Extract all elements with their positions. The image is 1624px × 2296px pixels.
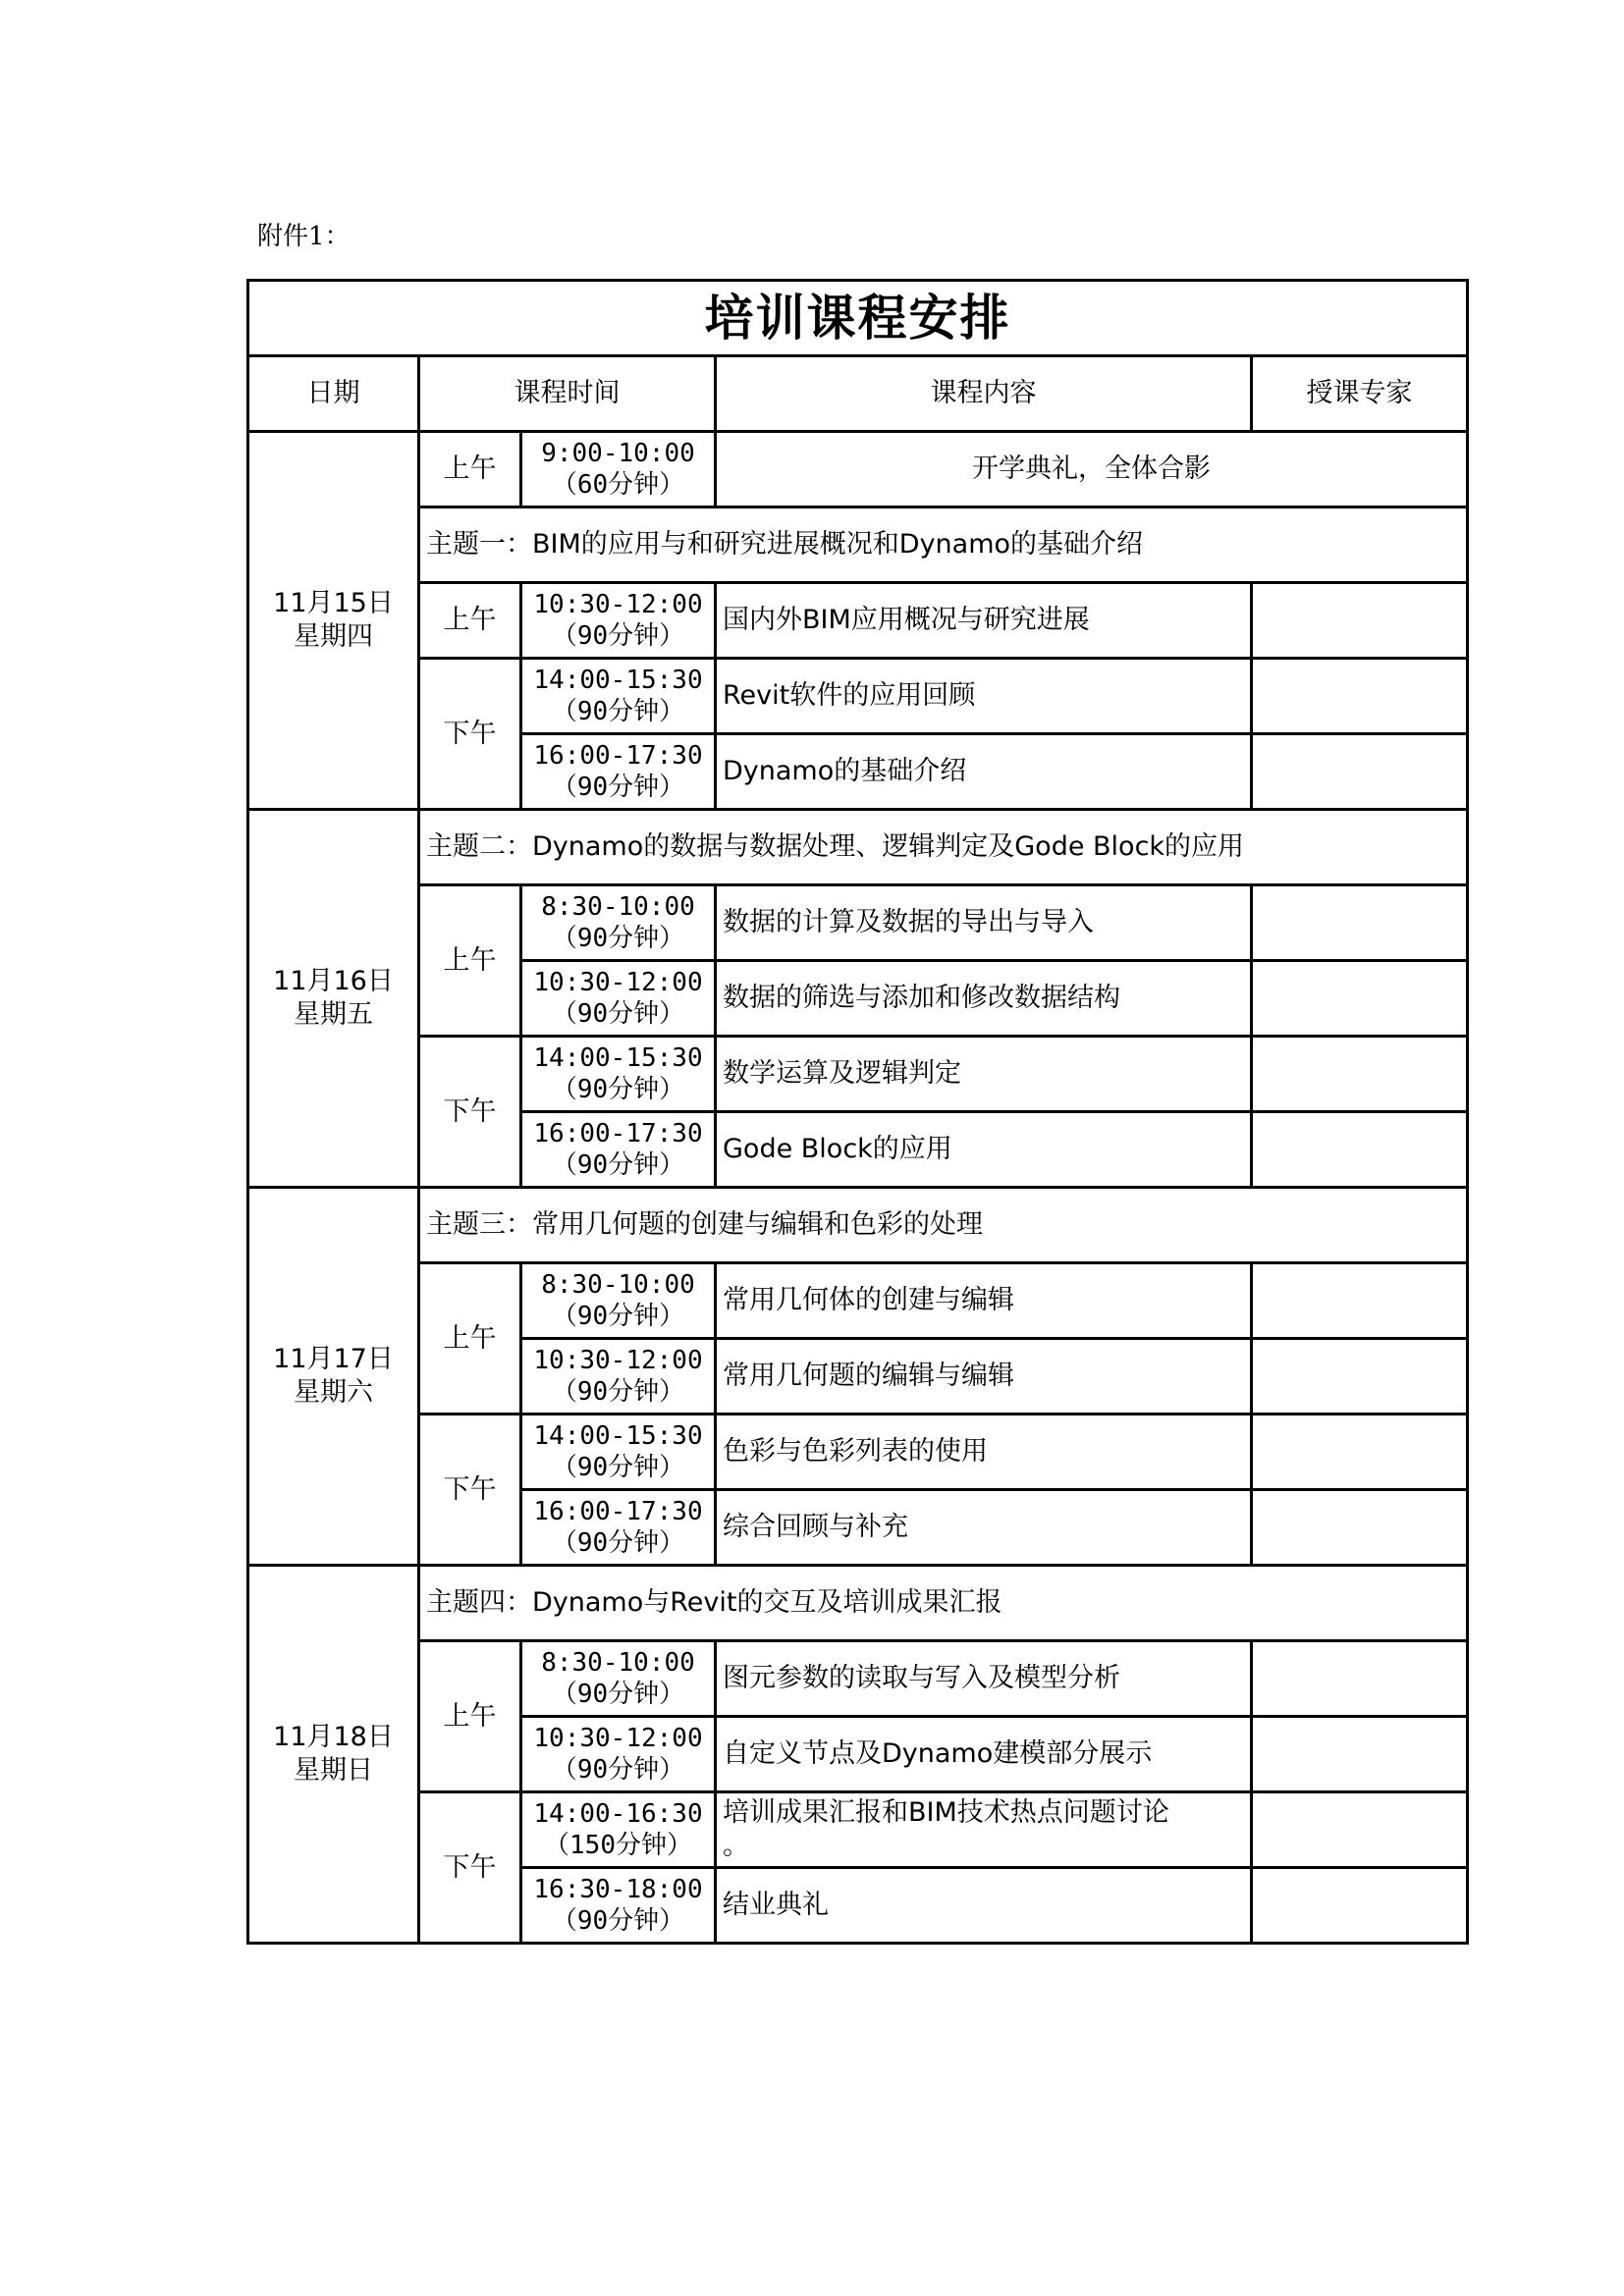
time-range: 10:30-12:00 <box>522 1345 714 1376</box>
content-cell: Revit软件的应用回顾 <box>716 659 1252 734</box>
time-cell: 16:00-17:30 （90分钟） <box>521 734 716 810</box>
content-cell: 数据的计算及数据的导出与导入 <box>716 885 1252 961</box>
content-cell: 数学运算及逻辑判定 <box>716 1037 1252 1112</box>
duration: （90分钟） <box>522 1905 714 1937</box>
theme-cell: 主题四：Dynamo与Revit的交互及培训成果汇报 <box>419 1566 1468 1641</box>
time-range: 10:30-12:00 <box>522 589 714 620</box>
duration: （90分钟） <box>522 1149 714 1181</box>
content-cell: Gode Block的应用 <box>716 1112 1252 1188</box>
expert-cell <box>1252 1641 1468 1717</box>
theme-row: 主题一：BIM的应用与和研究进展概况和Dynamo的基础介绍 <box>248 507 1468 583</box>
schedule-table: 培训课程安排 日期 课程时间 课程内容 授课专家 11月15日 星期四 上午 9… <box>246 279 1469 1945</box>
table-row: 上午 8:30-10:00 （90分钟） 数据的计算及数据的导出与导入 <box>248 885 1468 961</box>
time-cell: 10:30-12:00 （90分钟） <box>521 1339 716 1415</box>
table-title: 培训课程安排 <box>248 281 1468 356</box>
time-cell: 16:30-18:00 （90分钟） <box>521 1868 716 1944</box>
time-cell: 16:00-17:30 （90分钟） <box>521 1112 716 1188</box>
time-range: 16:30-18:00 <box>522 1874 714 1905</box>
date-cell: 11月18日 星期日 <box>248 1566 419 1944</box>
duration: （90分钟） <box>522 772 714 803</box>
theme-cell: 主题一：BIM的应用与和研究进展概况和Dynamo的基础介绍 <box>419 507 1468 583</box>
period-cell: 下午 <box>419 1792 521 1944</box>
weekday-text: 星期五 <box>249 998 417 1032</box>
duration: （60分钟） <box>522 469 714 501</box>
date-text: 11月18日 <box>249 1721 417 1754</box>
period-cell: 上午 <box>419 583 521 659</box>
weekday-text: 星期四 <box>249 620 417 654</box>
time-cell: 14:00-15:30 （90分钟） <box>521 659 716 734</box>
theme-cell: 主题二：Dynamo的数据与数据处理、逻辑判定及Gode Block的应用 <box>419 810 1468 885</box>
time-cell: 14:00-15:30 （90分钟） <box>521 1037 716 1112</box>
duration: （90分钟） <box>522 1074 714 1105</box>
expert-cell <box>1252 1263 1468 1339</box>
date-text: 11月15日 <box>249 587 417 620</box>
header-date: 日期 <box>248 356 419 432</box>
content-cell: 自定义节点及Dynamo建模部分展示 <box>716 1717 1252 1792</box>
period-cell: 上午 <box>419 432 521 507</box>
table-row: 下午 14:00-16:30 （150分钟） 培训成果汇报和BIM技术热点问题讨… <box>248 1792 1468 1868</box>
date-cell: 11月16日 星期五 <box>248 810 419 1188</box>
duration: （90分钟） <box>522 923 714 954</box>
table-row: 上午 10:30-12:00 （90分钟） 国内外BIM应用概况与研究进展 <box>248 583 1468 659</box>
content-cell: 图元参数的读取与写入及模型分析 <box>716 1641 1252 1717</box>
date-text: 11月16日 <box>249 965 417 998</box>
table-row: 上午 8:30-10:00 （90分钟） 图元参数的读取与写入及模型分析 <box>248 1641 1468 1717</box>
expert-cell <box>1252 1490 1468 1566</box>
content-cell: 数据的筛选与添加和修改数据结构 <box>716 961 1252 1037</box>
time-range: 16:00-17:30 <box>522 1496 714 1527</box>
time-range: 8:30-10:00 <box>522 1269 714 1301</box>
period-cell: 下午 <box>419 1037 521 1188</box>
content-cell: 常用几何体的创建与编辑 <box>716 1263 1252 1339</box>
content-cell: Dynamo的基础介绍 <box>716 734 1252 810</box>
period-cell: 上午 <box>419 885 521 1037</box>
expert-cell <box>1252 1792 1468 1868</box>
duration: （150分钟） <box>522 1830 714 1861</box>
time-cell: 8:30-10:00 （90分钟） <box>521 1641 716 1717</box>
expert-cell <box>1252 885 1468 961</box>
time-cell: 9:00-10:00 （60分钟） <box>521 432 716 507</box>
time-cell: 10:30-12:00 （90分钟） <box>521 583 716 659</box>
time-cell: 16:00-17:30 （90分钟） <box>521 1490 716 1566</box>
content-text: 培训成果汇报和BIM技术热点问题讨论 <box>723 1796 1250 1830</box>
duration: （90分钟） <box>522 998 714 1030</box>
attachment-label: 附件1： <box>257 220 351 253</box>
expert-cell <box>1252 1112 1468 1188</box>
time-cell: 8:30-10:00 （90分钟） <box>521 1263 716 1339</box>
time-cell: 10:30-12:00 （90分钟） <box>521 1717 716 1792</box>
time-range: 14:00-16:30 <box>522 1798 714 1830</box>
time-range: 10:30-12:00 <box>522 967 714 998</box>
duration: （90分钟） <box>522 1679 714 1710</box>
header-time: 课程时间 <box>419 356 716 432</box>
table-row: 上午 8:30-10:00 （90分钟） 常用几何体的创建与编辑 <box>248 1263 1468 1339</box>
content-cell: 开学典礼，全体合影 <box>716 432 1468 507</box>
content-cell: 国内外BIM应用概况与研究进展 <box>716 583 1252 659</box>
expert-cell <box>1252 734 1468 810</box>
theme-row: 11月18日 星期日 主题四：Dynamo与Revit的交互及培训成果汇报 <box>248 1566 1468 1641</box>
theme-cell: 主题三：常用几何题的创建与编辑和色彩的处理 <box>419 1188 1468 1263</box>
weekday-text: 星期六 <box>249 1376 417 1410</box>
date-cell: 11月17日 星期六 <box>248 1188 419 1566</box>
time-range: 8:30-10:00 <box>522 891 714 923</box>
duration: （90分钟） <box>522 620 714 652</box>
expert-cell <box>1252 1717 1468 1792</box>
expert-cell <box>1252 659 1468 734</box>
time-range: 16:00-17:30 <box>522 1118 714 1149</box>
content-cell: 常用几何题的编辑与编辑 <box>716 1339 1252 1415</box>
period-cell: 下午 <box>419 659 521 810</box>
time-range: 16:00-17:30 <box>522 740 714 772</box>
table-row: 下午 14:00-15:30 （90分钟） Revit软件的应用回顾 <box>248 659 1468 734</box>
expert-cell <box>1252 961 1468 1037</box>
date-text: 11月17日 <box>249 1343 417 1376</box>
duration: （90分钟） <box>522 1754 714 1786</box>
content-text-continued: 。 <box>723 1830 1250 1863</box>
duration: （90分钟） <box>522 1301 714 1332</box>
expert-cell <box>1252 1037 1468 1112</box>
weekday-text: 星期日 <box>249 1754 417 1788</box>
date-cell: 11月15日 星期四 <box>248 432 419 810</box>
theme-row: 11月17日 星期六 主题三：常用几何题的创建与编辑和色彩的处理 <box>248 1188 1468 1263</box>
duration: （90分钟） <box>522 696 714 727</box>
header-row: 日期 课程时间 课程内容 授课专家 <box>248 356 1468 432</box>
table-row: 下午 14:00-15:30 （90分钟） 数学运算及逻辑判定 <box>248 1037 1468 1112</box>
time-cell: 10:30-12:00 （90分钟） <box>521 961 716 1037</box>
time-cell: 14:00-15:30 （90分钟） <box>521 1415 716 1490</box>
time-range: 10:30-12:00 <box>522 1723 714 1754</box>
expert-cell <box>1252 583 1468 659</box>
duration: （90分钟） <box>522 1376 714 1408</box>
expert-cell <box>1252 1339 1468 1415</box>
duration: （90分钟） <box>522 1527 714 1559</box>
time-range: 14:00-15:30 <box>522 665 714 696</box>
time-range: 14:00-15:30 <box>522 1042 714 1074</box>
time-cell: 8:30-10:00 （90分钟） <box>521 885 716 961</box>
period-cell: 上午 <box>419 1263 521 1415</box>
content-cell: 结业典礼 <box>716 1868 1252 1944</box>
expert-cell <box>1252 1868 1468 1944</box>
table-row: 下午 14:00-15:30 （90分钟） 色彩与色彩列表的使用 <box>248 1415 1468 1490</box>
expert-cell <box>1252 1415 1468 1490</box>
theme-row: 11月16日 星期五 主题二：Dynamo的数据与数据处理、逻辑判定及Gode … <box>248 810 1468 885</box>
header-expert: 授课专家 <box>1252 356 1468 432</box>
header-content: 课程内容 <box>716 356 1252 432</box>
table-row: 11月15日 星期四 上午 9:00-10:00 （60分钟） 开学典礼，全体合… <box>248 432 1468 507</box>
time-range: 14:00-15:30 <box>522 1420 714 1452</box>
time-range: 9:00-10:00 <box>522 438 714 469</box>
time-range: 8:30-10:00 <box>522 1647 714 1679</box>
duration: （90分钟） <box>522 1452 714 1483</box>
content-cell: 培训成果汇报和BIM技术热点问题讨论 。 <box>716 1792 1252 1868</box>
period-cell: 下午 <box>419 1415 521 1566</box>
time-cell: 14:00-16:30 （150分钟） <box>521 1792 716 1868</box>
content-cell: 综合回顾与补充 <box>716 1490 1252 1566</box>
content-cell: 色彩与色彩列表的使用 <box>716 1415 1252 1490</box>
period-cell: 上午 <box>419 1641 521 1792</box>
